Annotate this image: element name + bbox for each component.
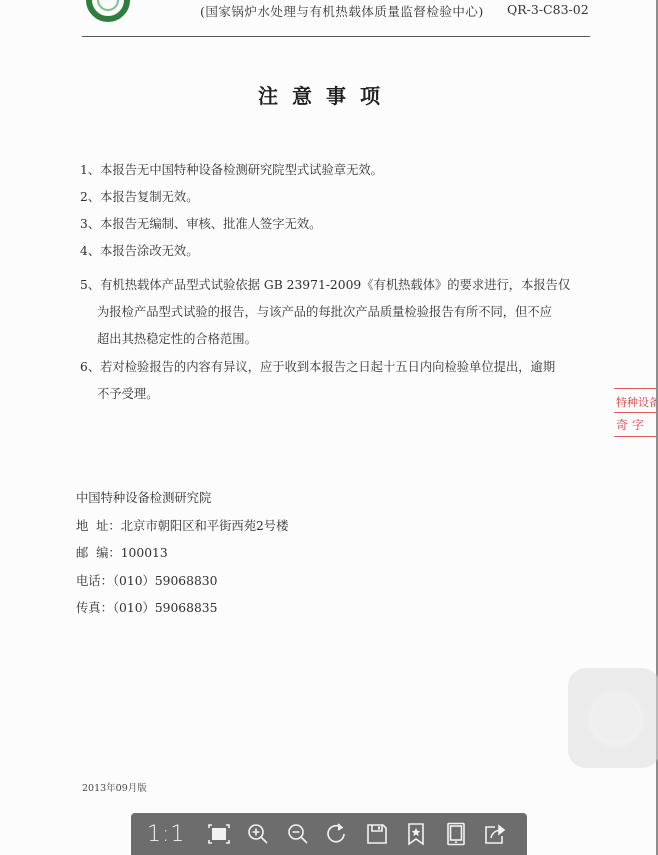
fit-screen-icon xyxy=(207,822,231,846)
notice-text: 本报告无编制、审核、批准人签字无效。 xyxy=(100,217,321,231)
save-button[interactable] xyxy=(357,819,397,849)
zoom-in-button[interactable] xyxy=(239,819,279,849)
contact-postcode: 邮 编：100013 xyxy=(76,543,168,561)
notice-number: 4、 xyxy=(80,244,100,258)
save-icon xyxy=(365,822,389,846)
notice-text: 本报告无中国特种设备检测研究院型式试验章无效。 xyxy=(100,163,383,177)
notice-number: 3、 xyxy=(80,217,100,231)
fit-screen-button[interactable] xyxy=(199,819,239,849)
rotate-button[interactable] xyxy=(318,819,358,849)
notice-item-1: 1、本报告无中国特种设备检测研究院型式试验章无效。 xyxy=(80,157,570,184)
phone-label: 电话： xyxy=(76,574,113,588)
header-subtitle: (国家锅炉水处理与有机热载体质量监督检验中心) xyxy=(200,2,484,20)
notice-text: 本报告复制无效。 xyxy=(100,190,198,204)
actual-size-button[interactable]: 1:1 xyxy=(147,819,199,849)
contact-address: 地 址：北京市朝阳区和平街西苑2号楼 xyxy=(76,516,288,534)
assistive-touch-button[interactable] xyxy=(568,668,658,768)
zoom-in-icon xyxy=(246,822,270,846)
assistive-touch-dot xyxy=(592,695,640,743)
notice-text-cont: 不予受理。 xyxy=(80,381,580,408)
zoom-out-button[interactable] xyxy=(278,819,318,849)
bookmark-star-icon xyxy=(404,822,428,846)
phone-value: （010）59068830 xyxy=(113,574,218,588)
notice-text: 有机热载体产品型式试验依据 GB 23971-2009《有机热载体》的要求进行，… xyxy=(100,278,570,292)
red-seal-stamp: 特种设备 奇 字 xyxy=(614,384,658,440)
notice-number: 5、 xyxy=(80,278,100,292)
notice-item-3: 3、本报告无编制、审核、批准人签字无效。 xyxy=(80,211,570,238)
fax-label: 传真： xyxy=(76,601,113,615)
postcode-label: 邮 编： xyxy=(76,546,121,560)
notice-text: 本报告涂改无效。 xyxy=(100,244,198,258)
document-page: (国家锅炉水处理与有机热载体质量监督检验中心) QR-3-C83-02 注意事项… xyxy=(0,0,656,855)
contact-org: 中国特种设备检测研究院 xyxy=(76,488,211,506)
org-logo xyxy=(86,0,130,22)
edition-date: 2013年09月版 xyxy=(82,780,147,794)
notice-number: 6、 xyxy=(80,360,100,374)
tablet-icon xyxy=(444,822,468,846)
notice-item-2: 2、本报告复制无效。 xyxy=(80,184,570,211)
page-title: 注意事项 xyxy=(258,80,394,109)
rotate-icon xyxy=(325,822,349,846)
share-icon xyxy=(483,822,507,846)
notice-number: 2、 xyxy=(80,190,100,204)
notice-text-cont: 为报检产品型式试验的报告，与该产品的每批次产品质量检验报告有所不同，但不应 xyxy=(80,299,580,326)
zoom-out-icon xyxy=(286,822,310,846)
address-value: 北京市朝阳区和平街西苑2号楼 xyxy=(121,519,289,533)
share-button[interactable] xyxy=(476,819,516,849)
notice-text-cont: 超出其热稳定性的合格范围。 xyxy=(80,326,580,353)
fax-value: （010）59068835 xyxy=(113,601,218,615)
notice-item-6: 6、若对检验报告的内容有异议，应于收到本报告之日起十五日内向检验单位提出，逾期 … xyxy=(80,354,580,408)
viewer-toolbar: 1:1 xyxy=(131,813,527,855)
contact-phone: 电话：（010）59068830 xyxy=(76,571,217,589)
notice-number: 1、 xyxy=(80,163,100,177)
notice-text: 若对检验报告的内容有异议，应于收到本报告之日起十五日内向检验单位提出，逾期 xyxy=(100,360,555,374)
bookmark-button[interactable] xyxy=(397,819,437,849)
notice-item-4: 4、本报告涂改无效。 xyxy=(80,238,570,265)
contact-fax: 传真：（010）59068835 xyxy=(76,598,217,616)
postcode-value: 100013 xyxy=(121,546,168,560)
address-label: 地 址： xyxy=(76,519,121,533)
notice-item-5: 5、有机热载体产品型式试验依据 GB 23971-2009《有机热载体》的要求进… xyxy=(80,272,580,353)
document-code: QR-3-C83-02 xyxy=(507,2,589,17)
header-divider xyxy=(82,36,590,37)
tablet-view-button[interactable] xyxy=(436,819,476,849)
